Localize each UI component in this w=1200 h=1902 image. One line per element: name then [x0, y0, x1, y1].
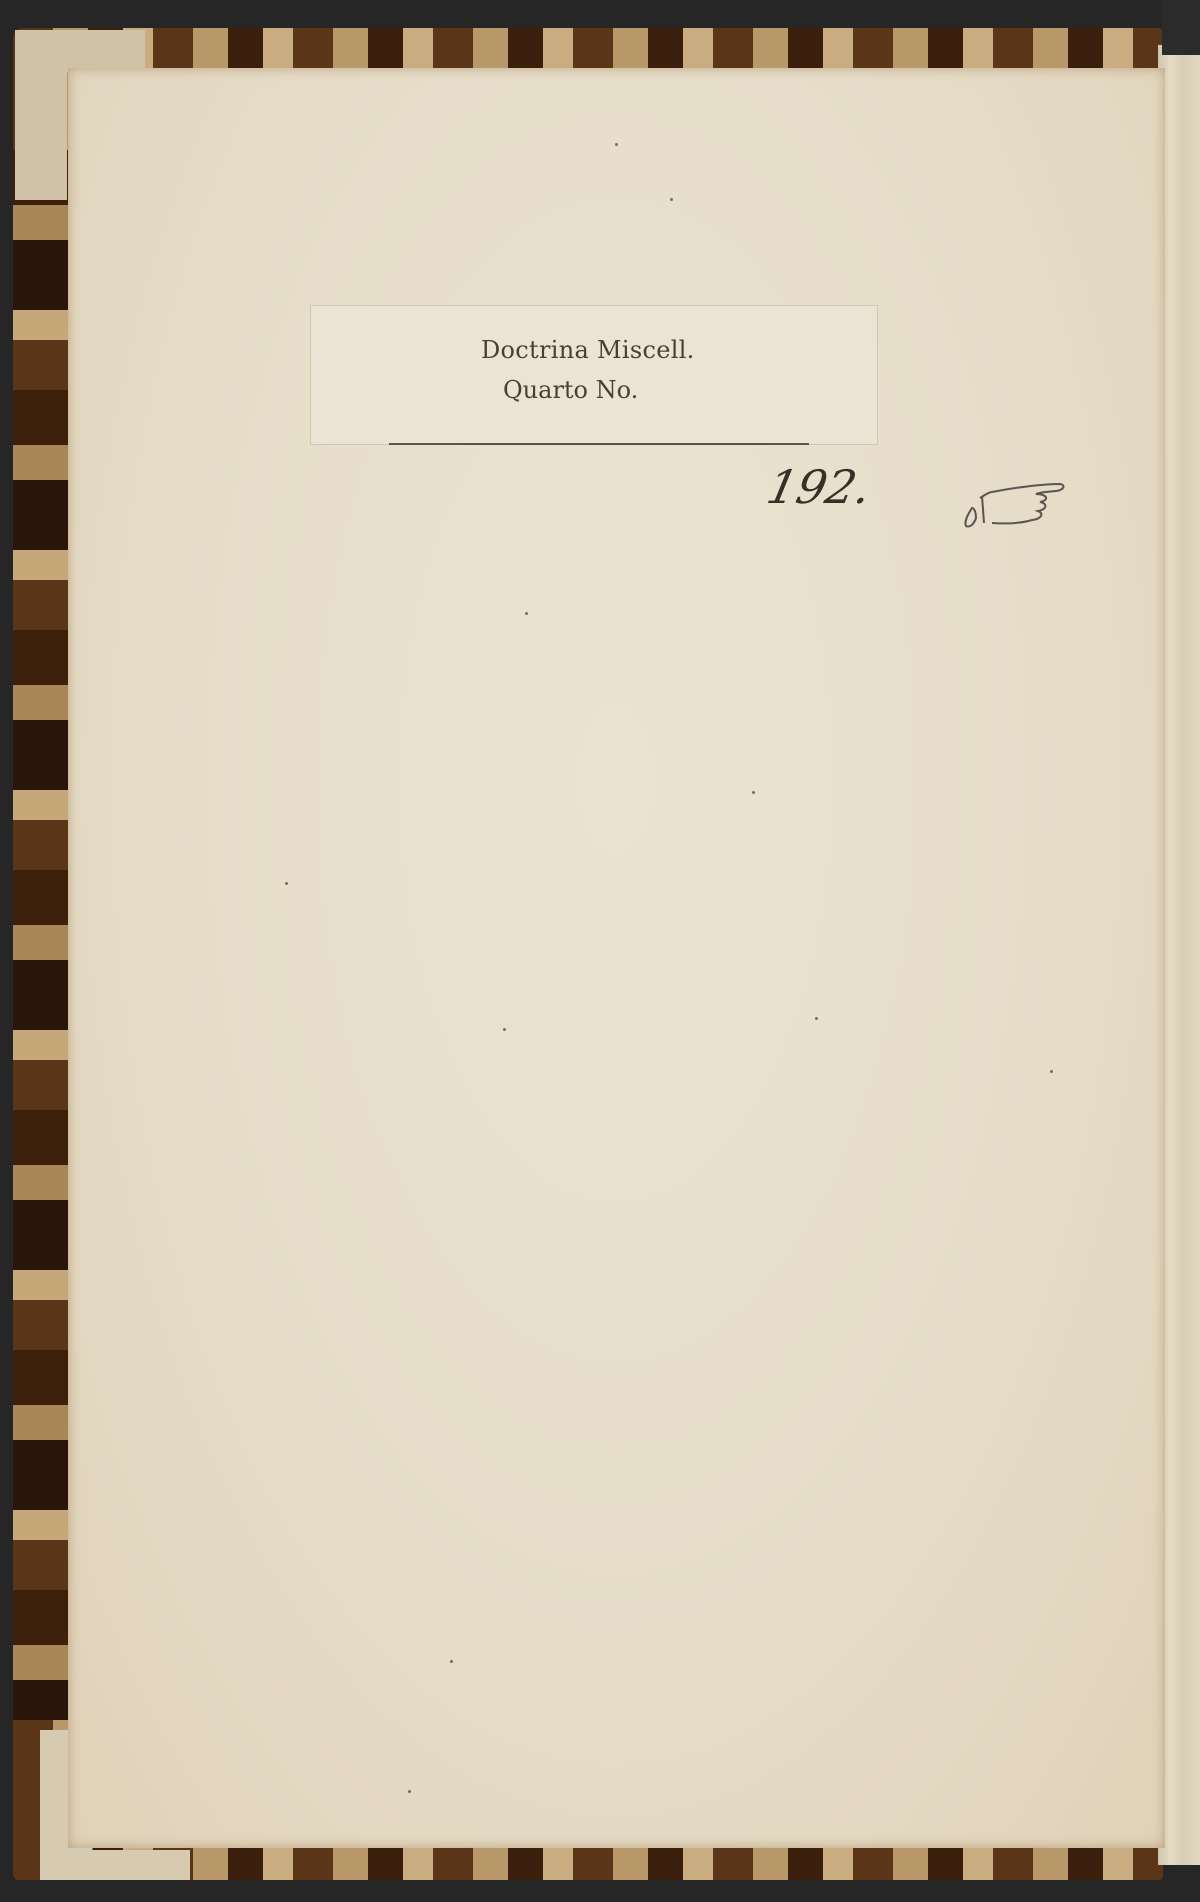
scan-background-corner — [1162, 0, 1200, 55]
paper-speck — [815, 1017, 818, 1020]
label-shelfmark: Quarto No. 192. — [503, 376, 646, 404]
marbled-board-left-edge — [13, 150, 71, 1720]
paper-speck — [408, 1790, 411, 1793]
label-collection: Doctrina Miscell. — [481, 336, 695, 364]
paper-speck — [285, 882, 288, 885]
pointing-hand-icon — [952, 478, 1067, 538]
paper-speck — [450, 1660, 453, 1663]
label-quarto-prefix: Quarto No. — [503, 376, 638, 404]
label-handwritten-number: 192. — [762, 460, 876, 514]
label-underline — [389, 443, 809, 445]
paper-speck — [615, 143, 618, 146]
paper-speck — [752, 791, 755, 794]
paper-speck — [670, 198, 673, 201]
paper-speck — [503, 1028, 506, 1031]
paper-speck — [1050, 1070, 1053, 1073]
paper-speck — [525, 612, 528, 615]
shelf-label: Doctrina Miscell. Quarto No. 192. — [310, 305, 878, 445]
